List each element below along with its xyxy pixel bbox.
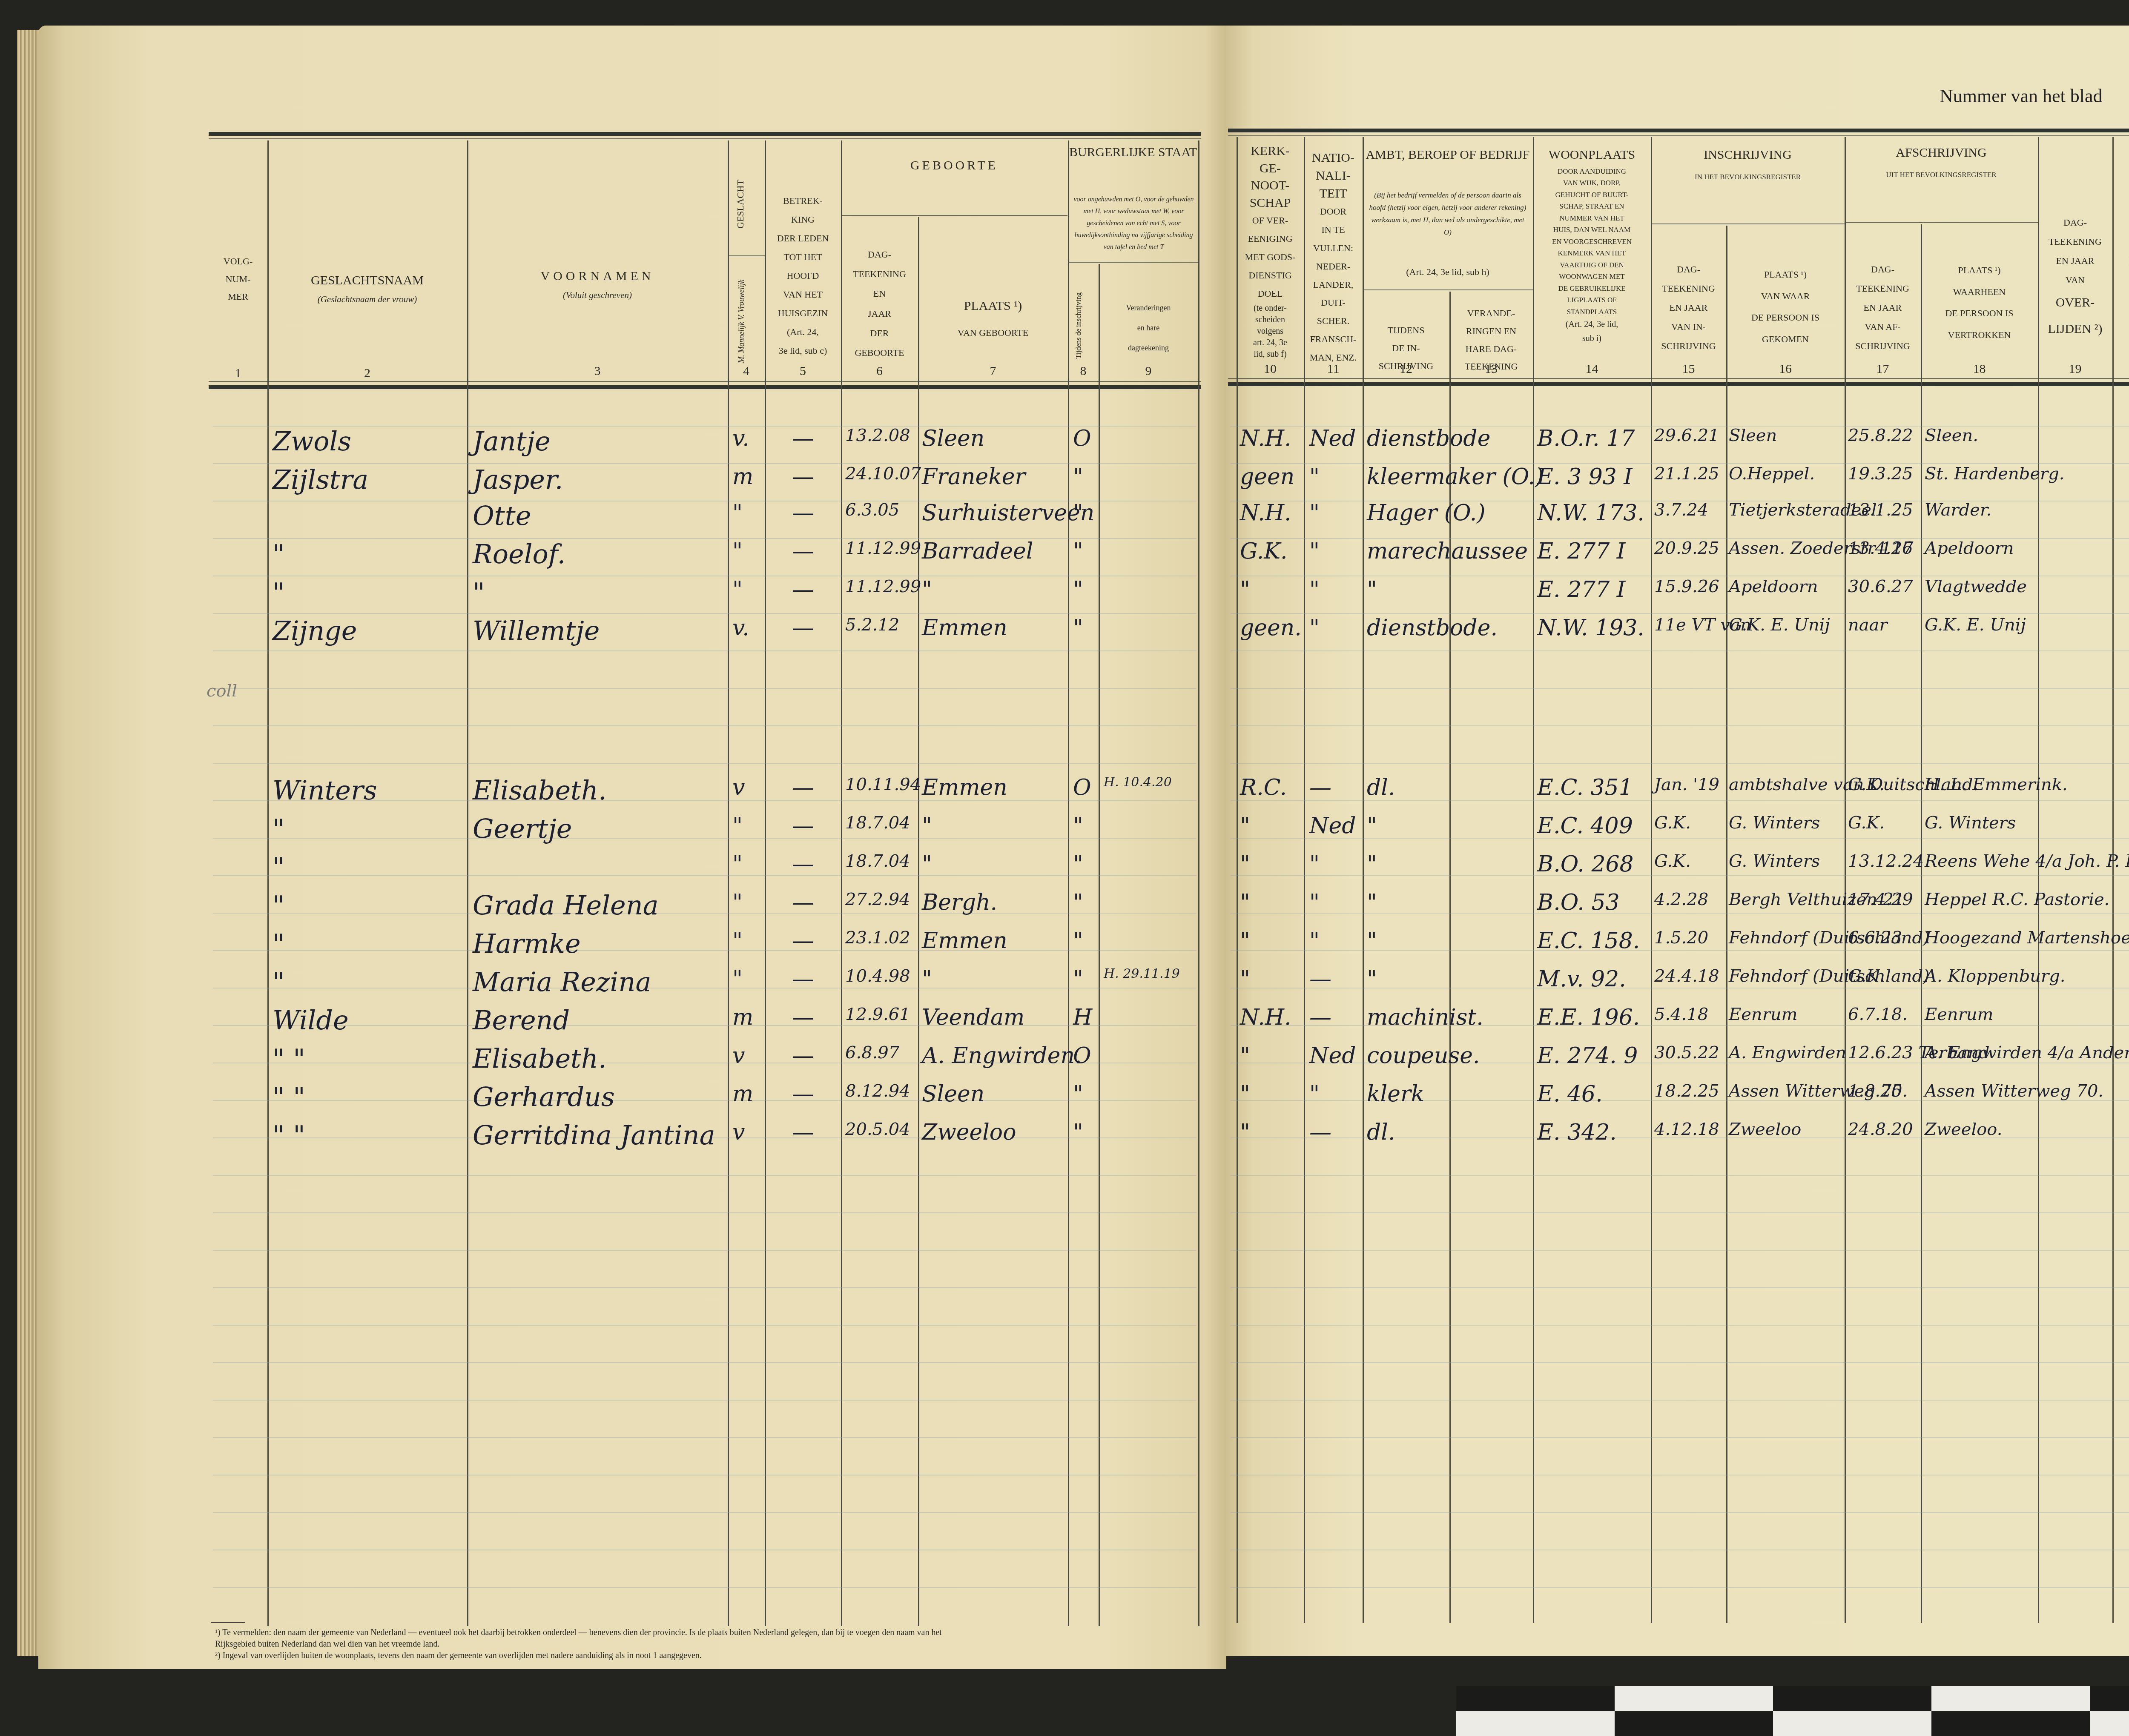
cell-occ: dienstbode. (1367, 615, 1498, 641)
burgerlijke-staat-subrule (1068, 262, 1198, 263)
header-top-rule-left-thin (209, 138, 1201, 139)
cell-surname: " (273, 928, 285, 959)
cell-civil: " (1073, 966, 1083, 992)
header-afschrijving: AFSCHRIJVING UIT HET BEVOLKINGSREGISTER (1845, 145, 2038, 179)
cell-birth-date: 13.2.08 (845, 426, 910, 445)
ruled-line (1231, 1437, 2129, 1438)
cell-in-date: 4.2.28 (1654, 890, 1708, 909)
ruled-line (1231, 1025, 2129, 1026)
cell-rel: — (792, 577, 814, 602)
ruled-line (1231, 1325, 2129, 1326)
cell-sex: m (732, 1081, 753, 1107)
cell-occ: " (1367, 577, 1377, 602)
cell-civil-change: H. 10.4.20 (1104, 775, 1172, 790)
col-divider (1068, 140, 1069, 1626)
cell-out-place: Sleen. (1925, 426, 1978, 445)
header-col5: BETREK-KINGDER LEDENTOT HETHOOFDVAN HETH… (765, 192, 841, 360)
cell-surname: " " (273, 1081, 305, 1112)
cell-rel: — (792, 851, 814, 877)
cell-rel: — (792, 1005, 814, 1030)
cell-firstname: Otte (473, 500, 531, 531)
cell-occ: klerk (1367, 1081, 1424, 1107)
cell-sex: " (732, 966, 743, 992)
header-top-rule-right-thin (1228, 135, 2129, 136)
cell-in-date: 1.5.20 (1654, 928, 1708, 948)
col-number: 2 (267, 366, 467, 381)
cell-birth-date: 24.10.07 (845, 464, 921, 484)
ruled-line (1231, 650, 2129, 651)
cell-firstname: Roelof. (473, 539, 565, 570)
cell-in-date: 24.4.18 (1654, 966, 1719, 986)
cell-address: E. 342. (1537, 1120, 1617, 1145)
ruled-line (1231, 1512, 2129, 1513)
cell-birth-date: 18.7.04 (845, 851, 910, 871)
cell-in-place: Zweeloo (1729, 1120, 1801, 1139)
cell-church: " (1240, 1043, 1250, 1069)
cell-address: E. 3 93 I (1537, 464, 1633, 490)
cell-out-place: H. L. Emmerink. (1925, 775, 2068, 794)
cell-civil: " (1073, 1120, 1083, 1145)
cell-out-date: 1.8.25 (1848, 1081, 1902, 1101)
cell-birth-place: Veendam (922, 1005, 1024, 1030)
cell-rel: — (792, 813, 814, 839)
cell-out-date: 13.12.24 (1848, 851, 1924, 871)
cell-firstname: Willemtje (473, 615, 600, 646)
cell-birth-place: Sleen (922, 1081, 984, 1107)
col-divider (467, 140, 468, 1626)
ruled-line (213, 1175, 1196, 1176)
cell-surname: " (273, 966, 285, 997)
col-number: 19 (2038, 362, 2112, 376)
header-ambt: AMBT, BEROEP OF BEDRIJF (1363, 143, 1533, 167)
col-number: 6 (841, 364, 918, 378)
cell-nat: " (1309, 1081, 1320, 1107)
footnote-rule (211, 1622, 245, 1623)
ruled-line (1231, 875, 2129, 876)
header-inschrijving: INSCHRIJVING IN HET BEVOLKINGSREGISTER (1651, 147, 1845, 181)
cell-out-date: 6.6.23 (1848, 928, 1902, 948)
cell-civil: H (1073, 1005, 1092, 1030)
cell-address: B.O. 268 (1537, 851, 1634, 877)
col-number: 4 (728, 364, 765, 378)
col-divider (267, 140, 269, 1626)
cell-birth-place: " (922, 577, 932, 602)
header-col2: GESLACHTSNAAM (Geslachtsnaam der vrouw) (267, 272, 467, 305)
cell-occ: marechaussee (1367, 539, 1528, 564)
cell-firstname: Harmke (473, 928, 581, 959)
cell-birth-place: Franeker (922, 464, 1025, 490)
cell-in-date: 29.6.21 (1654, 426, 1719, 445)
ruled-line (213, 1475, 1196, 1475)
col-number: 5 (765, 364, 841, 378)
cell-out-date: 13.1.25 (1848, 500, 1913, 520)
ruled-line (1231, 1550, 2129, 1550)
cell-address: E. 277 I (1537, 577, 1625, 602)
cell-address: E.C. 409 (1537, 813, 1633, 839)
header-col4-sub: M. Mannelijk V. Vrouwelijk (737, 272, 760, 370)
col-number: 1 (209, 366, 267, 381)
cell-civil: " (1073, 577, 1083, 602)
cell-rel: — (792, 1120, 814, 1145)
cell-civil: O (1073, 1043, 1091, 1069)
cell-sex: v (732, 775, 745, 800)
cell-out-place: Apeldoorn (1925, 539, 2014, 558)
cell-out-date: 25.8.22 (1848, 426, 1913, 445)
ruled-line (1231, 988, 2129, 988)
cell-nat: " (1309, 851, 1320, 877)
cell-in-date: 15.9.26 (1654, 577, 1719, 596)
cell-sex: v (732, 1120, 745, 1145)
cell-birth-date: 6.8.97 (845, 1043, 899, 1063)
ambt-subrule (1363, 289, 1533, 290)
cell-nat: Ned (1309, 426, 1356, 451)
cell-birth-place: Surhuisterveen (922, 500, 1094, 526)
cell-birth-date: 20.5.04 (845, 1120, 910, 1139)
col-number: 15 (1651, 362, 1726, 376)
cell-birth-date: 6.3.05 (845, 500, 899, 520)
cell-sex: v. (732, 426, 749, 451)
cell-nat: — (1309, 1120, 1331, 1145)
burgerlijke-staat-note: voor ongehuwden met O, voor de gehuwden … (1071, 194, 1196, 253)
cell-firstname: Elisabeth. (473, 1043, 607, 1074)
ruled-line (213, 1550, 1196, 1550)
header-col6: DAG-TEEKENINGENJAARDERGEBOORTE (841, 245, 918, 363)
header-bottom-rule-left (209, 385, 1201, 389)
cell-sex: " (732, 500, 743, 526)
ruled-line (213, 426, 1196, 427)
cell-surname: Zijlstra (273, 464, 368, 495)
cell-birth-place: " (922, 851, 932, 877)
col-number: 10 (1237, 362, 1304, 376)
ruled-line (213, 538, 1196, 539)
cell-sex: " (732, 813, 743, 839)
cell-civil: " (1073, 539, 1083, 564)
cell-nat: Ned (1309, 813, 1356, 839)
ruled-line (1231, 913, 2129, 914)
ruled-line (1231, 1362, 2129, 1363)
cell-out-date: 17.4.29 (1848, 890, 1913, 909)
cell-church: R.C. (1240, 775, 1287, 800)
cell-surname: Zwols (273, 426, 351, 457)
cell-firstname: Geertje (473, 813, 572, 844)
cell-sex: m (732, 1005, 753, 1030)
cell-address: E. 46. (1537, 1081, 1603, 1107)
cell-civil: " (1073, 813, 1083, 839)
cell-civil: " (1073, 928, 1083, 954)
cell-nat: Ned (1309, 1043, 1356, 1069)
cell-surname: " " (273, 1120, 305, 1151)
footnote-1: ¹) Te vermelden: den naam der gemeente v… (215, 1627, 973, 1650)
cell-rel: — (792, 539, 814, 564)
ruled-line (213, 1362, 1196, 1363)
ruled-line (213, 1025, 1196, 1026)
header-col11: NATIO- NALI- TEIT DOORIN TEVULLEN:NEDER-… (1304, 149, 1363, 367)
cell-surname: " (273, 577, 285, 608)
header-col10: KERK- GE- NOOT- SCHAP OF VER-EENIGINGMET… (1237, 143, 1304, 360)
cell-birth-place: Bergh. (922, 890, 997, 915)
ruled-line (1231, 950, 2129, 951)
ruled-line (1231, 1400, 2129, 1401)
cell-out-place: G. Winters (1925, 813, 2016, 833)
cell-in-date: 4.12.18 (1654, 1120, 1719, 1139)
ruled-line (1231, 688, 2129, 689)
ruled-line (213, 988, 1196, 988)
cell-rel: — (792, 890, 814, 915)
cell-sex: v (732, 1043, 745, 1069)
cell-occ: dl. (1367, 775, 1395, 800)
cell-rel: — (792, 775, 814, 800)
ruled-line (1231, 725, 2129, 726)
ruled-line (213, 1437, 1196, 1438)
header-top-rule-right (1228, 129, 2129, 132)
cell-church: " (1240, 928, 1250, 954)
ruled-line (213, 1587, 1196, 1588)
cell-in-place: O.Heppel. (1729, 464, 1815, 484)
header-col17: DAG-TEEKENINGEN JAARVAN AF-SCHRIJVING (1845, 260, 1921, 355)
ruled-line (1231, 1212, 2129, 1213)
cell-civil: " (1073, 890, 1083, 915)
cell-in-date: 3.7.24 (1654, 500, 1708, 520)
cell-out-place: St. Hardenberg. (1925, 464, 2065, 484)
cell-birth-date: 10.4.98 (845, 966, 910, 986)
cell-out-place: Vlagtwedde (1925, 577, 2027, 596)
cell-civil: " (1073, 500, 1083, 526)
cell-nat: — (1309, 966, 1331, 992)
col-divider (728, 140, 729, 1626)
cell-in-date: 30.5.22 (1654, 1043, 1719, 1063)
cell-surname: Zijnge (273, 615, 357, 646)
ruled-line (213, 838, 1196, 839)
header-col16: PLAATS ¹)VAN WAARDE PERSOON ISGEKOMEN (1726, 264, 1845, 350)
ruled-line (213, 725, 1196, 726)
ruled-line (1231, 1063, 2129, 1063)
header-col3: VOORNAMEN (Voluit geschreven) (467, 268, 728, 301)
cell-church: " (1240, 1081, 1250, 1107)
col-number: 3 (467, 364, 728, 378)
cell-firstname: Maria Rezina (473, 966, 651, 997)
cell-church: " (1240, 577, 1250, 602)
col-divider (1449, 292, 1451, 1623)
ruled-line (213, 1100, 1196, 1101)
cell-rel: — (792, 1043, 814, 1069)
cell-occ: " (1367, 851, 1377, 877)
cell-church: G.K. (1240, 539, 1288, 564)
cell-surname: " (273, 890, 285, 921)
cell-birth-place: " (922, 966, 932, 992)
cell-out-date: G.K. (1848, 813, 1885, 833)
cell-civil: O (1073, 775, 1091, 800)
cell-sex: " (732, 539, 743, 564)
cell-address: E.E. 196. (1537, 1005, 1640, 1030)
col-number: 16 (1726, 362, 1845, 376)
header-burgerlijke-staat: BURGERLIJKE STAAT (1068, 143, 1198, 162)
cell-in-date: Jan. '19 (1654, 775, 1719, 794)
cell-out-place: Assen Witterweg 70. (1925, 1081, 2103, 1101)
cell-in-place: G. Winters (1729, 851, 1820, 871)
ruled-line (1231, 1587, 2129, 1588)
cell-church: geen (1240, 464, 1294, 490)
cell-occ: dienstbode (1367, 426, 1490, 451)
cell-birth-date: 11.12.99 (845, 577, 921, 596)
cell-address: M.v. 92. (1537, 966, 1626, 992)
ruled-line (213, 950, 1196, 951)
cell-birth-date: 27.2.94 (845, 890, 910, 909)
sheet-number-label: Nummer van het blad (1940, 85, 2102, 107)
col-number: 14 (1533, 362, 1651, 376)
cell-birth-place: " (922, 813, 932, 839)
cell-surname: Wilde (273, 1005, 349, 1036)
cell-address: B.O. 53 (1537, 890, 1620, 915)
cell-occ: kleermaker (O.) (1367, 464, 1544, 490)
cell-address: B.O.r. 17 (1537, 426, 1635, 451)
cell-birth-place: Barradeel (922, 539, 1033, 564)
cell-civil: " (1073, 464, 1083, 490)
cell-firstname: Elisabeth. (473, 775, 607, 806)
col-number: 13 (1449, 362, 1533, 376)
cell-birth-place: Zweeloo (922, 1120, 1016, 1145)
ruled-line (1231, 1250, 2129, 1251)
cell-nat: " (1309, 539, 1320, 564)
cell-address: E. 277 I (1537, 539, 1625, 564)
cell-nat: " (1309, 890, 1320, 915)
cell-out-place: Warder. (1925, 500, 1991, 520)
header-col8: Tijdens de inschrijving (1074, 289, 1093, 362)
cell-firstname: Berend (473, 1005, 570, 1036)
cell-out-place: G.K. E. Unij (1925, 615, 2026, 635)
col-number: 18 (1921, 362, 2038, 376)
col-number: 20 (2112, 362, 2129, 376)
cell-civil-change: H. 29.11.19 (1104, 966, 1180, 981)
col-divider (765, 140, 766, 1626)
ruled-line (213, 1512, 1196, 1513)
cell-church: " (1240, 813, 1250, 839)
header-col20: AAN- MERKINGEN (Art. 24, 5e lid) (2112, 232, 2129, 285)
cell-birth-place: Emmen (922, 928, 1007, 954)
col-number: 12 (1363, 362, 1449, 376)
cell-address: N.W. 173. (1537, 500, 1644, 526)
cell-in-place: Sleen (1729, 426, 1777, 445)
cell-in-place: A. Engwirden (1729, 1043, 1846, 1063)
cell-church: " (1240, 890, 1250, 915)
cell-in-place: Fehndorf (Duitschland) (1729, 966, 1930, 986)
cell-church: geen. (1240, 615, 1302, 641)
ruled-line (213, 875, 1196, 876)
cell-in-date: G.K. (1654, 813, 1691, 833)
col-divider (1198, 140, 1199, 1626)
header-col9: Veranderingenen haredagteekening (1099, 298, 1198, 358)
cell-occ: " (1367, 813, 1377, 839)
cell-church: " (1240, 966, 1250, 992)
cell-sex: " (732, 577, 743, 602)
cell-surname: " (273, 813, 285, 844)
header-col14: WOONPLAATS DOOR AANDUIDINGVAN WIJK, DORP… (1533, 147, 1651, 345)
cell-birth-place: Sleen (922, 426, 984, 451)
cell-address: N.W. 193. (1537, 615, 1644, 641)
cell-birth-place: A. Engwirden. (922, 1043, 1082, 1069)
header-col1: VOLG-NUM-MER (209, 255, 267, 303)
ambt-ref: (Art. 24, 3e lid, sub h) (1363, 266, 1533, 278)
cell-in-date: 5.4.18 (1654, 1005, 1708, 1024)
col-divider (841, 140, 842, 1626)
cell-surname: " " (273, 1043, 305, 1074)
col-divider (1921, 224, 1922, 1623)
cell-out-place: Hoogezand Martenshoek 4/a J.G. Middelhoe… (1925, 928, 2129, 948)
cell-church: N.H. (1240, 426, 1291, 451)
col-divider (1099, 264, 1100, 1626)
col-number: 11 (1304, 362, 1363, 376)
header-geboorte: GEBOORTE (841, 158, 1067, 174)
cell-nat: — (1309, 775, 1331, 800)
cell-nat: " (1309, 928, 1320, 954)
cell-in-date: 20.9.25 (1654, 539, 1719, 558)
cell-out-place: Eenrum (1925, 1005, 1993, 1024)
cell-rel: — (792, 426, 814, 451)
col-divider (1726, 226, 1727, 1623)
header-col18: PLAATS ¹)WAARHEENDE PERSOON ISVERTROKKEN (1921, 260, 2038, 346)
geboorte-subrule (841, 215, 1067, 216)
col-divider (918, 217, 919, 1626)
cell-surname: " (273, 539, 285, 570)
header-col7: PLAATS ¹) VAN GEBOORTE (918, 298, 1068, 338)
cell-birth-date: 8.12.94 (845, 1081, 910, 1101)
cell-occ: machinist. (1367, 1005, 1483, 1030)
footnote-2: ²) Ingeval van overlijden buiten de woon… (215, 1650, 973, 1662)
geslacht-subrule (728, 255, 765, 256)
cell-occ: " (1367, 890, 1377, 915)
cell-surname: Winters (273, 775, 377, 806)
header-col19: DAG-TEEKENINGEN JAARVAN OVER-LIJDEN ²) (2038, 213, 2112, 342)
cell-firstname: Grada Helena (473, 890, 659, 921)
cell-in-place: Eenrum (1729, 1005, 1797, 1024)
cell-nat: " (1309, 577, 1320, 602)
cell-out-place: Zweeloo. (1925, 1120, 2002, 1139)
ruled-line (213, 913, 1196, 914)
cell-civil: " (1073, 851, 1083, 877)
ruled-line (213, 576, 1196, 576)
cell-church: " (1240, 1120, 1250, 1145)
cell-rel: — (792, 615, 814, 641)
cell-sex: " (732, 928, 743, 954)
cell-birth-date: 5.2.12 (845, 615, 899, 635)
cell-nat: " (1309, 615, 1320, 641)
ruled-line (1231, 838, 2129, 839)
header-col15: DAG-TEEKENINGEN JAARVAN IN-SCHRIJVING (1651, 260, 1726, 355)
ruled-line (1231, 1287, 2129, 1288)
cell-out-place: A. Engwirden 4/a Anders. (1925, 1043, 2129, 1063)
cell-church: N.H. (1240, 500, 1291, 526)
cell-civil: O (1073, 426, 1091, 451)
margin-pencil-note: coll (207, 681, 237, 701)
cell-firstname: Jantje (473, 426, 551, 457)
cell-occ: dl. (1367, 1120, 1395, 1145)
cell-occ: Hager (O.) (1367, 500, 1485, 526)
cell-rel: — (792, 500, 814, 526)
cell-out-place: Reens Wehe 4/a Joh. P. Bos. (1925, 851, 2129, 871)
ruled-line (213, 613, 1196, 614)
ambt-note: (Bij het bedrijf vermelden of de persoon… (1367, 189, 1529, 239)
cell-rel: — (792, 966, 814, 992)
ruled-line (1231, 763, 2129, 764)
ruled-line (213, 1287, 1196, 1288)
cell-address: E.C. 351 (1537, 775, 1633, 800)
cell-occ: coupeuse. (1367, 1043, 1480, 1069)
cell-rel: — (792, 464, 814, 490)
cell-in-place: G. Winters (1729, 813, 1820, 833)
cell-surname: " (273, 851, 285, 882)
cell-sex: m (732, 464, 753, 490)
cell-birth-date: 12.9.61 (845, 1005, 910, 1024)
ruled-line (213, 763, 1196, 764)
